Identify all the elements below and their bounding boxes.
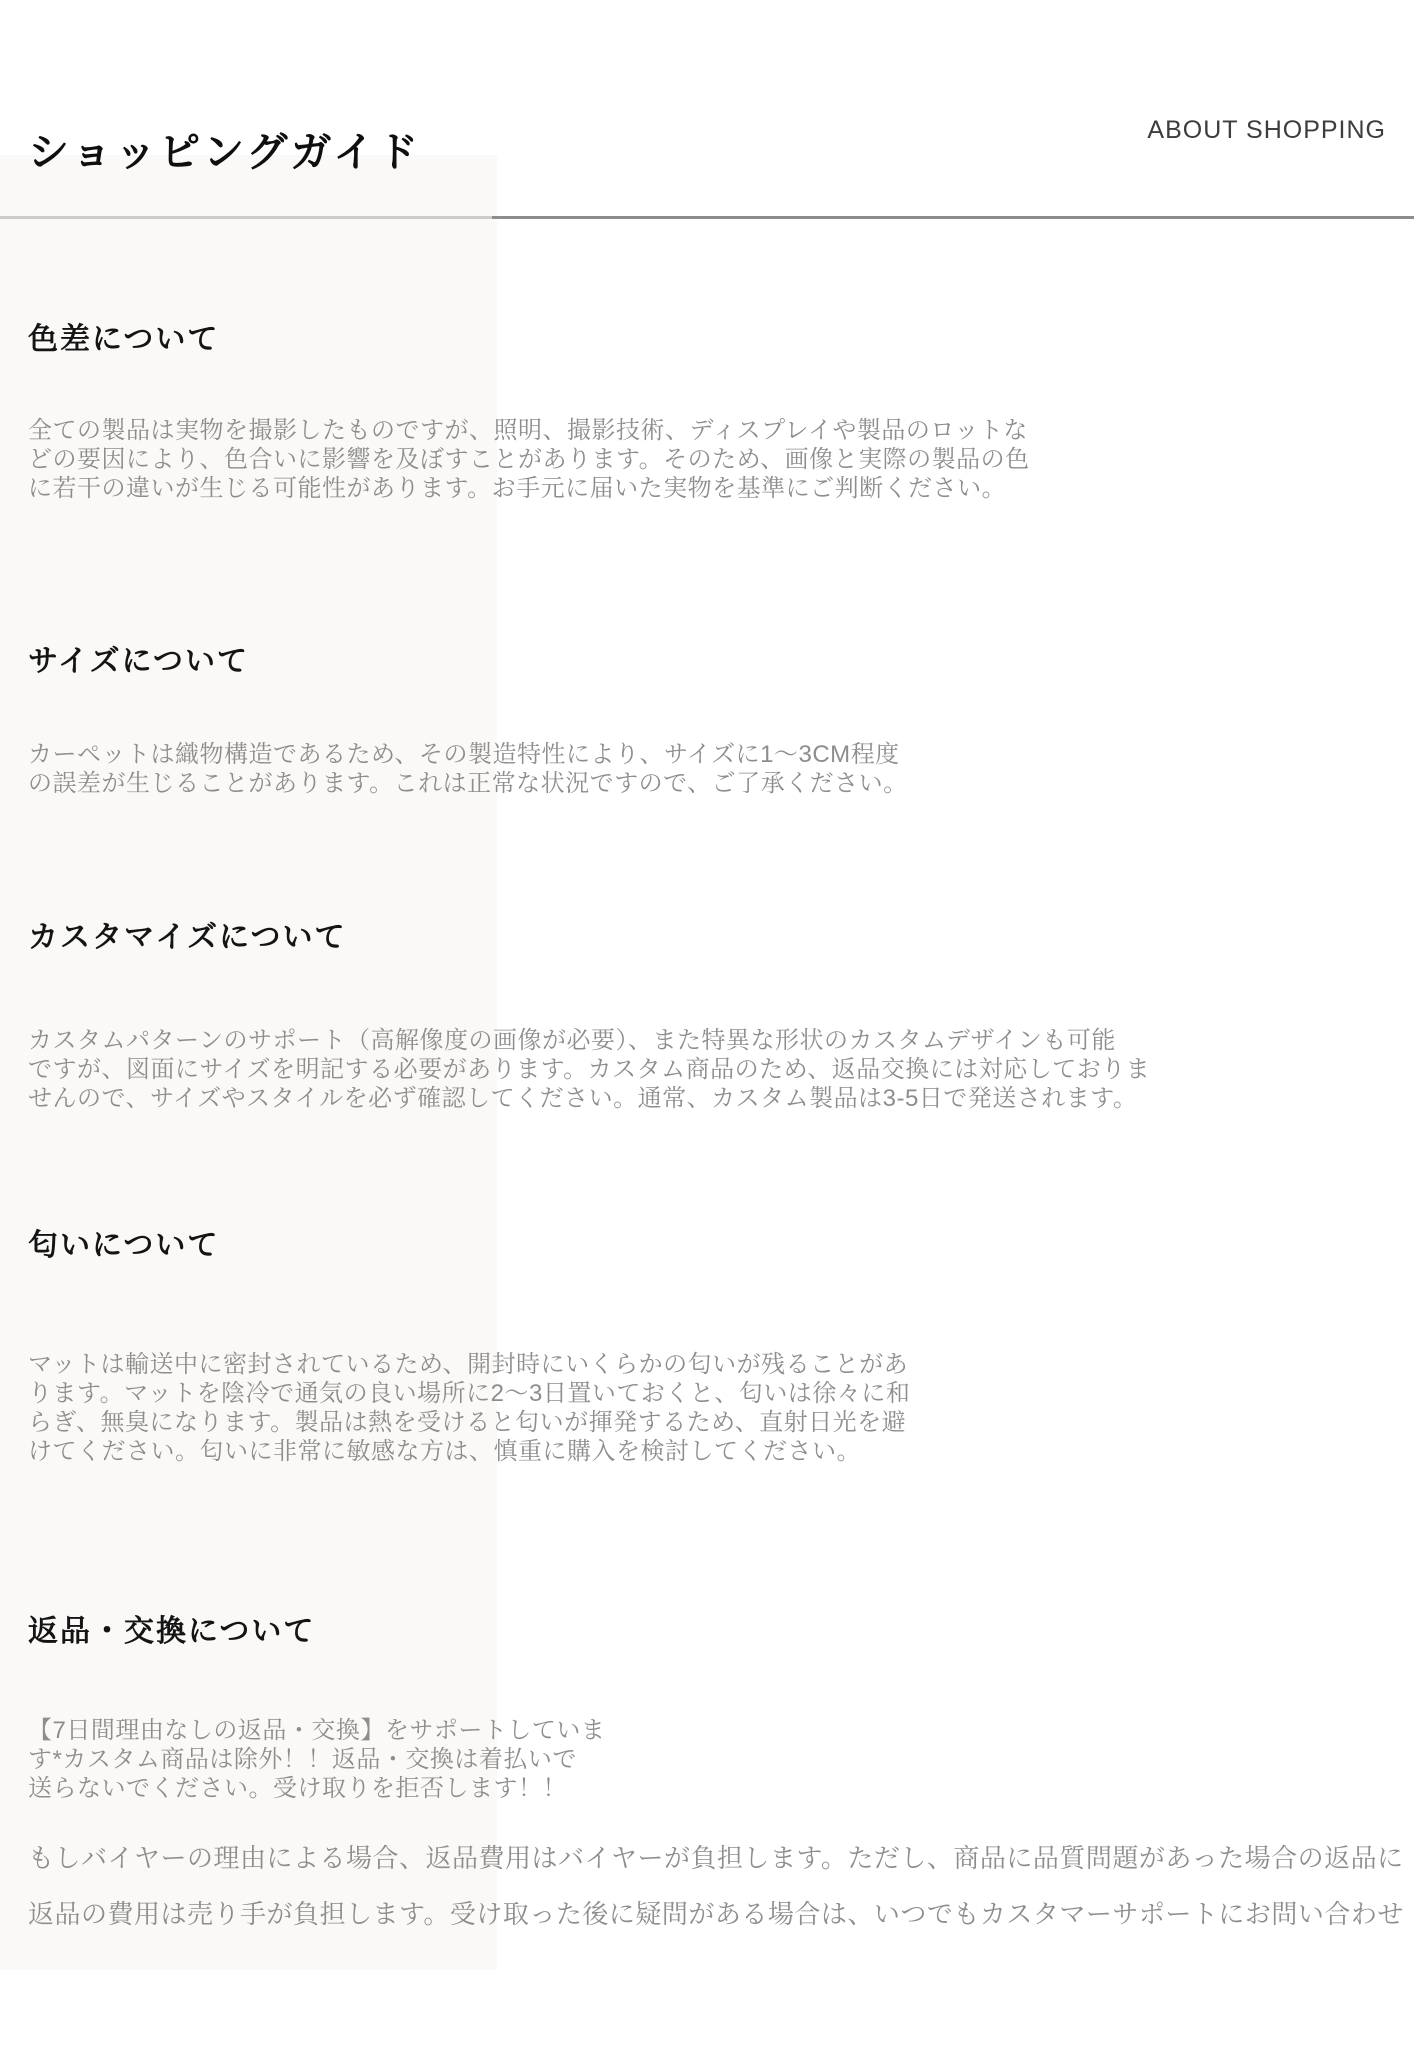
section-heading-color-difference: 色差について bbox=[28, 314, 219, 358]
section-body-returns: 【7日間理由なしの返品・交換】をサポートしていま す*カスタム商品は除外！！返品… bbox=[28, 1716, 605, 1803]
section-body-size: カーペットは織物構造であるため、その製造特性により、サイズに1〜3CM程度 の誤… bbox=[28, 740, 908, 798]
section-body-color-difference: 全ての製品は実物を撮影したものですが、照明、撮影技術、ディスプレイや製品のロット… bbox=[28, 416, 1030, 503]
section-heading-returns: 返品・交換について bbox=[28, 1606, 315, 1650]
returns-note-buyer: もしバイヤーの理由による場合、返品費用はバイヤーが負担します。ただし、商品に品質… bbox=[28, 1842, 1404, 1874]
section-heading-smell: 匂いについて bbox=[28, 1220, 219, 1264]
section-body-customize: カスタムパターンのサポート（高解像度の画像が必要）、また特異な形状のカスタムデザ… bbox=[28, 1026, 1150, 1113]
page-title: ショッピングガイド bbox=[28, 119, 421, 178]
section-body-smell: マットは輸送中に密封されているため、開封時にいくらかの匂いが残ることがあ ります… bbox=[28, 1350, 910, 1466]
section-heading-size: サイズについて bbox=[28, 636, 249, 680]
header-divider bbox=[0, 216, 1414, 219]
section-heading-customize: カスタマイズについて bbox=[28, 912, 347, 956]
page-subtitle: ABOUT SHOPPING bbox=[1147, 116, 1386, 145]
returns-note-seller: 返品の費用は売り手が負担します。受け取った後に疑問がある場合は、いつでもカスタマ… bbox=[28, 1898, 1404, 1930]
